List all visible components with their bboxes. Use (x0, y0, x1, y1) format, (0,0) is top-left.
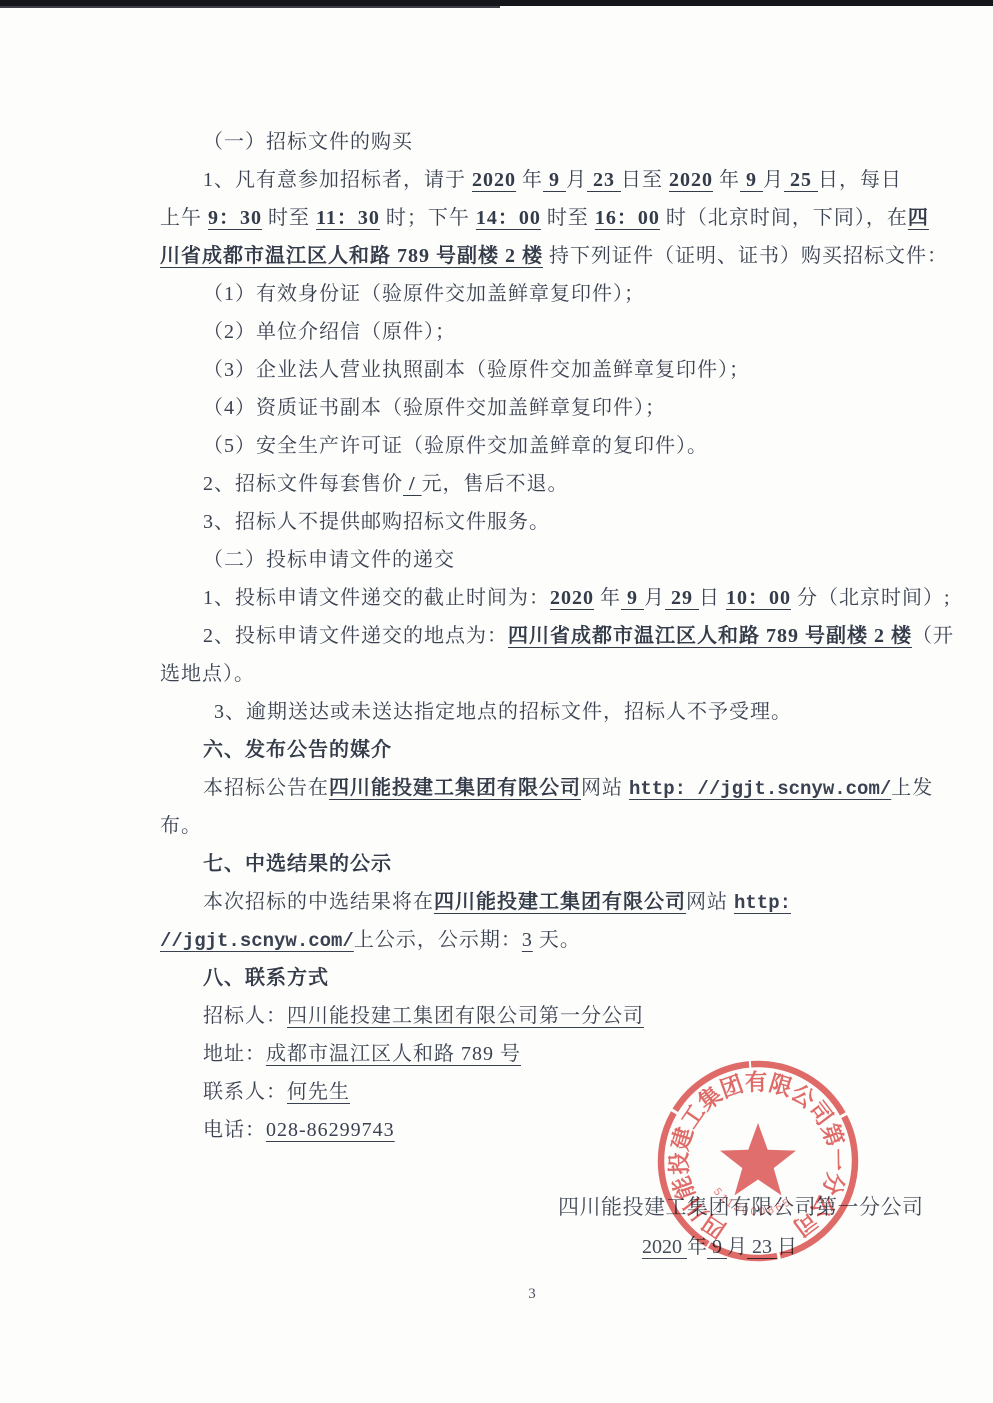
text-segment: 年 (516, 169, 543, 191)
text-line: （3）企业法人营业执照副本（验原件交加盖鲜章复印件）； (160, 351, 908, 389)
text-segment: 本招标公告在 (203, 777, 329, 799)
text-segment: （二）投标申请文件的递交 (203, 549, 455, 571)
text-segment: 14：00 (476, 207, 541, 229)
text-line: 本次招标的中选结果将在四川能投建工集团有限公司网站 http: (160, 883, 908, 921)
text-line: （2）单位介绍信（原件）； (160, 313, 908, 351)
text-segment: 16：00 (595, 207, 660, 229)
text-segment: 月 (644, 587, 665, 609)
text-segment: 11：30 (316, 207, 380, 229)
text-segment: 持下列证件（证明、证书）购买招标文件： (543, 245, 948, 267)
text-line: （4）资质证书副本（验原件交加盖鲜章复印件）； (160, 389, 908, 427)
text-segment: 9：30 (208, 207, 262, 229)
company-seal: 四川能投建工集团有限公司第一分公司 5115000865 (654, 1057, 862, 1265)
text-segment: 天。 (533, 929, 581, 951)
text-segment: 分（北京时间）; (791, 587, 951, 609)
text-segment: 招标人： (203, 1005, 287, 1027)
text-segment: 3、逾期送达或未送达指定地点的招标文件，招标人不予受理。 (214, 701, 792, 723)
text-line: （二）投标申请文件的递交 (160, 541, 908, 579)
text-segment: （一）招标文件的购买 (203, 131, 413, 153)
text-segment: 月 (566, 169, 587, 191)
text-segment: 月 (763, 169, 784, 191)
text-segment: （2）单位介绍信（原件）； (203, 321, 456, 343)
text-line: 2、招标文件每套售价 / 元，售后不退。 (160, 465, 908, 503)
text-segment: 上公示，公示期： (354, 929, 522, 951)
text-line: 本招标公告在四川能投建工集团有限公司网站 http: //jgjt.scnyw.… (160, 769, 908, 807)
text-line: 布。 (160, 807, 908, 845)
text-segment: 2020 (669, 169, 713, 191)
seal-code-text: 5115000865 (711, 1186, 795, 1218)
text-segment: 2020 (550, 587, 594, 609)
text-segment: 四川能投建工集团有限公司第一分公司 (287, 1005, 644, 1027)
text-segment: （开 (912, 625, 954, 647)
text-segment: 1、投标申请文件递交的截止时间为： (203, 587, 550, 609)
text-line: 六、发布公告的媒介 (160, 731, 908, 769)
text-segment: 25 (784, 169, 818, 191)
text-segment: 时至 (262, 207, 316, 229)
text-line: 3、逾期送达或未送达指定地点的招标文件，招标人不予受理。 (160, 693, 908, 731)
document-lines: （一）招标文件的购买1、凡有意参加招标者，请于 2020 年 9 月 23 日至… (160, 123, 908, 1149)
text-segment: 时至 (541, 207, 595, 229)
text-segment: 联系人： (203, 1081, 287, 1103)
document-page: （一）招标文件的购买1、凡有意参加招标者，请于 2020 年 9 月 23 日至… (0, 0, 993, 1403)
text-segment: 9 (740, 169, 763, 191)
text-segment: 选地点）。 (160, 663, 255, 685)
text-line: 招标人：四川能投建工集团有限公司第一分公司 (160, 997, 908, 1035)
text-segment: 日至 (621, 169, 669, 191)
text-line: （1）有效身份证（验原件交加盖鲜章复印件）； (160, 275, 908, 313)
text-segment: //jgjt.scnyw.com/ (160, 930, 354, 952)
text-line: 七、中选结果的公示 (160, 845, 908, 883)
text-segment: 成都市温江区人和路 789 号 (266, 1043, 521, 1065)
text-segment: http: //jgjt.scnyw.com/ (629, 778, 891, 800)
text-segment: 地址： (203, 1043, 266, 1065)
text-segment: 八、联系方式 (203, 967, 329, 989)
text-line: 1、凡有意参加招标者，请于 2020 年 9 月 23 日至 2020 年 9 … (160, 161, 908, 199)
scan-artifact-top-shadow (0, 6, 500, 8)
text-segment: 9 (543, 169, 566, 191)
page-number: 3 (519, 1286, 545, 1303)
text-segment: / (403, 473, 422, 495)
text-segment: 时；下午 (380, 207, 476, 229)
text-line: 八、联系方式 (160, 959, 908, 997)
text-segment: 七、中选结果的公示 (203, 853, 392, 875)
text-segment: 2、招标文件每套售价 (203, 473, 403, 495)
text-segment: 日 (699, 587, 726, 609)
text-segment: （4）资质证书副本（验原件交加盖鲜章复印件）； (203, 397, 666, 419)
text-line: 选地点）。 (160, 655, 908, 693)
text-segment: （1）有效身份证（验原件交加盖鲜章复印件）； (203, 283, 645, 305)
text-segment: 3、招标人不提供邮购招标文件服务。 (203, 511, 550, 533)
text-line: 3、招标人不提供邮购招标文件服务。 (160, 503, 908, 541)
text-segment: 上发 (891, 777, 933, 799)
text-segment: 2020 (472, 169, 516, 191)
text-segment: 上午 (160, 207, 208, 229)
text-segment: 电话： (203, 1119, 266, 1141)
text-segment: 3 (522, 929, 533, 951)
text-line: 1、投标申请文件递交的截止时间为：2020 年 9 月 29 日 10：00 分… (160, 579, 908, 617)
text-line: //jgjt.scnyw.com/上公示，公示期：3 天。 (160, 921, 908, 959)
text-segment: 四 (908, 207, 929, 229)
text-segment: 六、发布公告的媒介 (203, 739, 392, 761)
text-line: （一）招标文件的购买 (160, 123, 908, 161)
text-segment: 川省成都市温江区人和路 789 号副楼 2 楼 (160, 245, 543, 267)
text-segment: 本次招标的中选结果将在 (203, 891, 434, 913)
text-segment: 028-86299743 (266, 1119, 395, 1141)
text-line: 川省成都市温江区人和路 789 号副楼 2 楼 持下列证件（证明、证书）购买招标… (160, 237, 908, 275)
text-line: 上午 9：30 时至 11：30 时；下午 14：00 时至 16：00 时（北… (160, 199, 908, 237)
text-segment: （5）安全生产许可证（验原件交加盖鲜章的复印件）。 (203, 435, 708, 457)
text-segment: 四川省成都市温江区人和路 789 号副楼 2 楼 (508, 625, 912, 647)
text-segment: 时（北京时间，下同），在 (660, 207, 908, 229)
text-segment: 1、凡有意参加招标者，请于 (203, 169, 472, 191)
text-segment: 网站 (686, 891, 734, 913)
text-segment: 年 (594, 587, 621, 609)
text-segment: 日，每日 (818, 169, 902, 191)
text-segment: 四川能投建工集团有限公司 (329, 777, 581, 799)
text-segment: http: (734, 892, 791, 914)
text-segment: 何先生 (287, 1081, 350, 1103)
text-line: 2、投标申请文件递交的地点为：四川省成都市温江区人和路 789 号副楼 2 楼（… (160, 617, 908, 655)
text-segment: 29 (665, 587, 699, 609)
text-segment: 2、投标申请文件递交的地点为： (203, 625, 508, 647)
text-segment: 9 (621, 587, 644, 609)
text-segment: 10：00 (726, 587, 791, 609)
text-segment: （3）企业法人营业执照副本（验原件交加盖鲜章复印件）； (203, 359, 750, 381)
text-line: （5）安全生产许可证（验原件交加盖鲜章的复印件）。 (160, 427, 908, 465)
text-segment: 23 (587, 169, 621, 191)
seal-star-icon (720, 1123, 796, 1195)
text-segment: 年 (713, 169, 740, 191)
text-segment: 网站 (581, 777, 629, 799)
text-segment: 元，售后不退。 (422, 473, 569, 495)
text-segment: 布。 (160, 815, 202, 837)
text-segment: 四川能投建工集团有限公司 (434, 891, 686, 913)
